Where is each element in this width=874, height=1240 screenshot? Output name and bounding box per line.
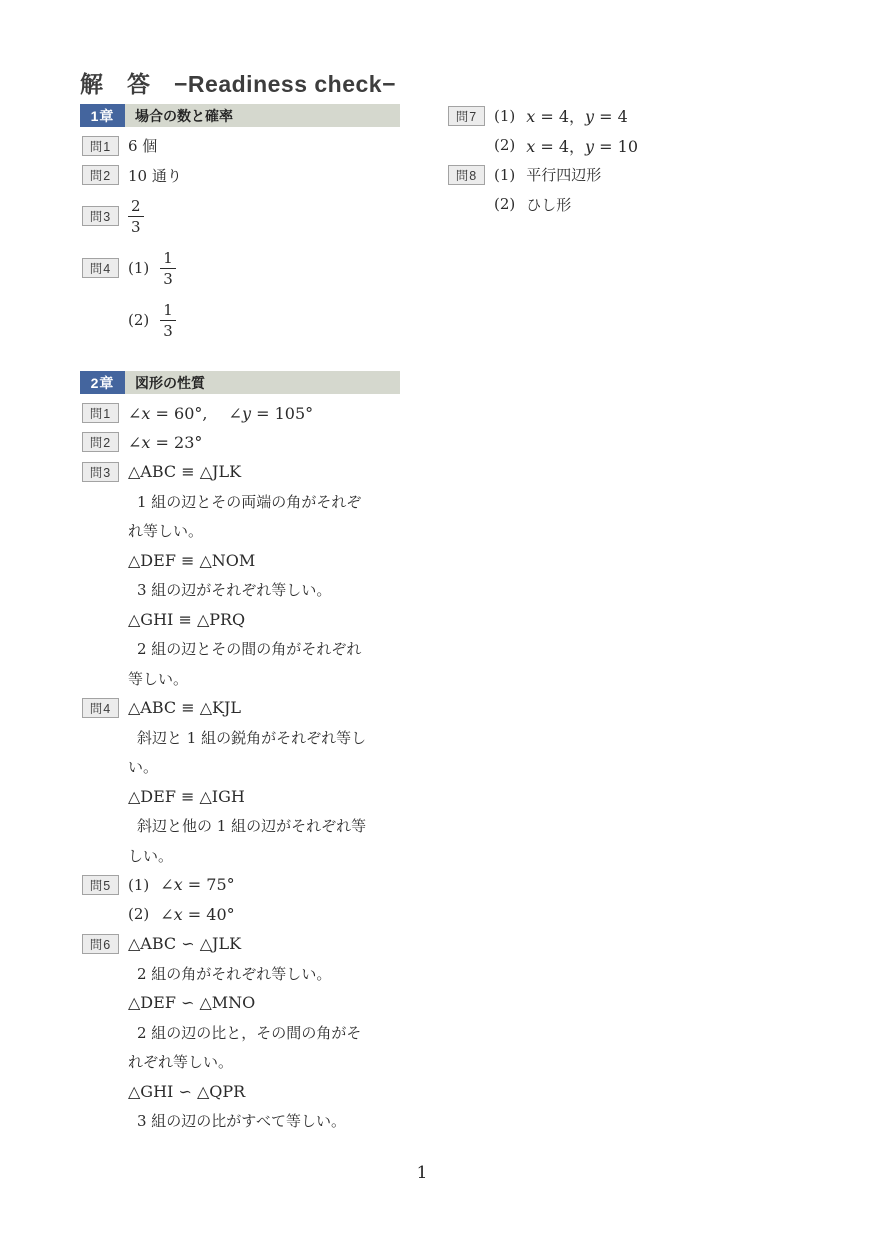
explanation-continued: れぞれ等しい。 bbox=[128, 1051, 233, 1072]
answer-page: 解 答 −Readiness check− 1章場合の数と確率問16 個問210… bbox=[0, 0, 874, 1240]
math-answer: ∠x = 75° bbox=[160, 875, 234, 894]
problem-badge: 問7 bbox=[448, 106, 485, 126]
explanation-text: 斜辺と他の 1 組の辺がそれぞれ等 bbox=[128, 815, 366, 836]
explanation-text: 2 組の辺とその間の角がそれぞれ bbox=[128, 638, 361, 659]
math-answer: ∠x = 23° bbox=[128, 433, 202, 452]
item-number: (1) bbox=[128, 876, 149, 894]
answer-row: 斜辺と他の 1 組の辺がそれぞれ等 bbox=[80, 811, 400, 841]
answer-row: △DEF ∽ △MNO bbox=[80, 988, 400, 1018]
answer-text: 平行四辺形 bbox=[526, 164, 601, 185]
explanation-text: 1 組の辺とその両端の角がそれぞ bbox=[128, 491, 361, 512]
answer-row: 問8(1)平行四辺形 bbox=[446, 160, 838, 190]
explanation-text: 2 組の辺の比と，その間の角がそ bbox=[128, 1022, 361, 1043]
answer-row: れぞれ等しい。 bbox=[80, 1047, 400, 1077]
problem-badge: 問8 bbox=[448, 165, 485, 185]
answer-row: 問210 通り bbox=[80, 161, 400, 191]
item-number: (2) bbox=[128, 311, 149, 329]
answer-row: △GHI ∽ △QPR bbox=[80, 1077, 400, 1107]
item-number: (2) bbox=[128, 905, 149, 923]
right-column: 問7(1)x = 4，y = 4(2)x = 4，y = 10問8(1)平行四辺… bbox=[446, 101, 838, 244]
chapter-badge: 1章 bbox=[80, 104, 125, 127]
answer-row: 2 組の辺とその間の角がそれぞれ bbox=[80, 634, 400, 664]
answer-row: 2 組の角がそれぞれ等しい。 bbox=[80, 959, 400, 989]
answer-row: (2)13 bbox=[80, 294, 400, 346]
answer-row: 1 組の辺とその両端の角がそれぞ bbox=[80, 487, 400, 517]
fraction-numerator: 2 bbox=[128, 197, 144, 217]
answer-row: 問4(1)13 bbox=[80, 242, 400, 294]
answer-row: 3 組の辺の比がすべて等しい。 bbox=[80, 1106, 400, 1136]
answer-row: 3 組の辺がそれぞれ等しい。 bbox=[80, 575, 400, 605]
answer-row: 問323 bbox=[80, 190, 400, 242]
item-number: (1) bbox=[494, 107, 515, 125]
math-answer: △ABC ∽ △JLK bbox=[128, 934, 241, 953]
chapter-header: 2章図形の性質 bbox=[80, 371, 400, 394]
item-number: (1) bbox=[128, 259, 149, 277]
answer-row: 問2∠x = 23° bbox=[80, 428, 400, 458]
answer-row: △DEF ≡ △NOM bbox=[80, 546, 400, 576]
answer-section: 1章場合の数と確率問16 個問210 通り問323問4(1)13(2)13 bbox=[80, 104, 400, 346]
page-title: 解 答 −Readiness check− bbox=[80, 66, 396, 99]
fraction-numerator: 1 bbox=[160, 301, 176, 321]
chapter-header: 1章場合の数と確率 bbox=[80, 104, 400, 127]
math-answer: △ABC ≡ △JLK bbox=[128, 462, 241, 481]
math-answer: △GHI ∽ △QPR bbox=[128, 1082, 245, 1101]
answer-text: 6 個 bbox=[128, 135, 157, 156]
answer-row: 問3△ABC ≡ △JLK bbox=[80, 457, 400, 487]
problem-badge: 問1 bbox=[82, 136, 119, 156]
chapter-title: 場合の数と確率 bbox=[135, 106, 233, 126]
math-answer: x = 4，y = 4 bbox=[526, 104, 628, 127]
explanation-text: 斜辺と 1 組の鋭角がそれぞれ等し bbox=[128, 727, 366, 748]
answer-row: 2 組の辺の比と，その間の角がそ bbox=[80, 1018, 400, 1048]
answer-section: 問7(1)x = 4，y = 4(2)x = 4，y = 10問8(1)平行四辺… bbox=[446, 101, 838, 219]
fraction-numerator: 1 bbox=[160, 249, 176, 269]
item-number: (2) bbox=[494, 136, 515, 154]
answer-row: い。 bbox=[80, 752, 400, 782]
answer-row: 問7(1)x = 4，y = 4 bbox=[446, 101, 838, 131]
problem-badge: 問3 bbox=[82, 462, 119, 482]
fraction-denominator: 3 bbox=[160, 269, 176, 288]
answer-row: △GHI ≡ △PRQ bbox=[80, 605, 400, 635]
explanation-continued: れ等しい。 bbox=[128, 520, 203, 541]
answer-row: しい。 bbox=[80, 841, 400, 871]
problem-badge: 問4 bbox=[82, 698, 119, 718]
answer-text: 10 通り bbox=[128, 165, 182, 186]
answer-row: △DEF ≡ △IGH bbox=[80, 782, 400, 812]
page-number: 1 bbox=[0, 1163, 844, 1183]
chapter-badge: 2章 bbox=[80, 371, 125, 394]
answer-row: 問1∠x = 60°, ∠y = 105° bbox=[80, 398, 400, 428]
answer-row: (2)x = 4，y = 10 bbox=[446, 131, 838, 161]
answer-row: 問6△ABC ∽ △JLK bbox=[80, 929, 400, 959]
fraction: 23 bbox=[128, 197, 144, 236]
item-number: (2) bbox=[494, 195, 515, 213]
math-answer: x = 4，y = 10 bbox=[526, 134, 638, 157]
problem-badge: 問5 bbox=[82, 875, 119, 895]
answer-text: ひし形 bbox=[526, 194, 571, 215]
problem-badge: 問6 bbox=[82, 934, 119, 954]
answer-row: 等しい。 bbox=[80, 664, 400, 694]
problem-badge: 問1 bbox=[82, 403, 119, 423]
answer-row: 問5(1)∠x = 75° bbox=[80, 870, 400, 900]
explanation-continued: い。 bbox=[128, 756, 158, 777]
answer-row: れ等しい。 bbox=[80, 516, 400, 546]
answer-row: (2)∠x = 40° bbox=[80, 900, 400, 930]
explanation-text: 2 組の角がそれぞれ等しい。 bbox=[128, 963, 331, 984]
item-number: (1) bbox=[494, 166, 515, 184]
fraction: 13 bbox=[160, 301, 176, 340]
answer-row: (2)ひし形 bbox=[446, 190, 838, 220]
problem-badge: 問4 bbox=[82, 258, 119, 278]
left-column: 1章場合の数と確率問16 個問210 通り問323問4(1)13(2)132章図… bbox=[80, 104, 400, 1161]
explanation-continued: しい。 bbox=[128, 845, 173, 866]
math-answer: △DEF ≡ △IGH bbox=[128, 787, 245, 806]
math-answer: △ABC ≡ △KJL bbox=[128, 698, 241, 717]
fraction-denominator: 3 bbox=[160, 321, 176, 340]
problem-badge: 問3 bbox=[82, 206, 119, 226]
answer-row: 問16 個 bbox=[80, 131, 400, 161]
math-answer: △DEF ∽ △MNO bbox=[128, 993, 255, 1012]
answer-section: 2章図形の性質問1∠x = 60°, ∠y = 105°問2∠x = 23°問3… bbox=[80, 371, 400, 1136]
problem-badge: 問2 bbox=[82, 432, 119, 452]
math-answer: ∠x = 60°, ∠y = 105° bbox=[128, 401, 313, 424]
math-answer: △DEF ≡ △NOM bbox=[128, 551, 255, 570]
chapter-title: 図形の性質 bbox=[135, 373, 205, 393]
explanation-text: 3 組の辺の比がすべて等しい。 bbox=[128, 1110, 346, 1131]
explanation-continued: 等しい。 bbox=[128, 668, 188, 689]
answer-row: 問4△ABC ≡ △KJL bbox=[80, 693, 400, 723]
math-answer: △GHI ≡ △PRQ bbox=[128, 610, 245, 629]
fraction: 13 bbox=[160, 249, 176, 288]
fraction-denominator: 3 bbox=[128, 217, 144, 236]
problem-badge: 問2 bbox=[82, 165, 119, 185]
math-answer: ∠x = 40° bbox=[160, 905, 234, 924]
explanation-text: 3 組の辺がそれぞれ等しい。 bbox=[128, 579, 331, 600]
answer-row: 斜辺と 1 組の鋭角がそれぞれ等し bbox=[80, 723, 400, 753]
